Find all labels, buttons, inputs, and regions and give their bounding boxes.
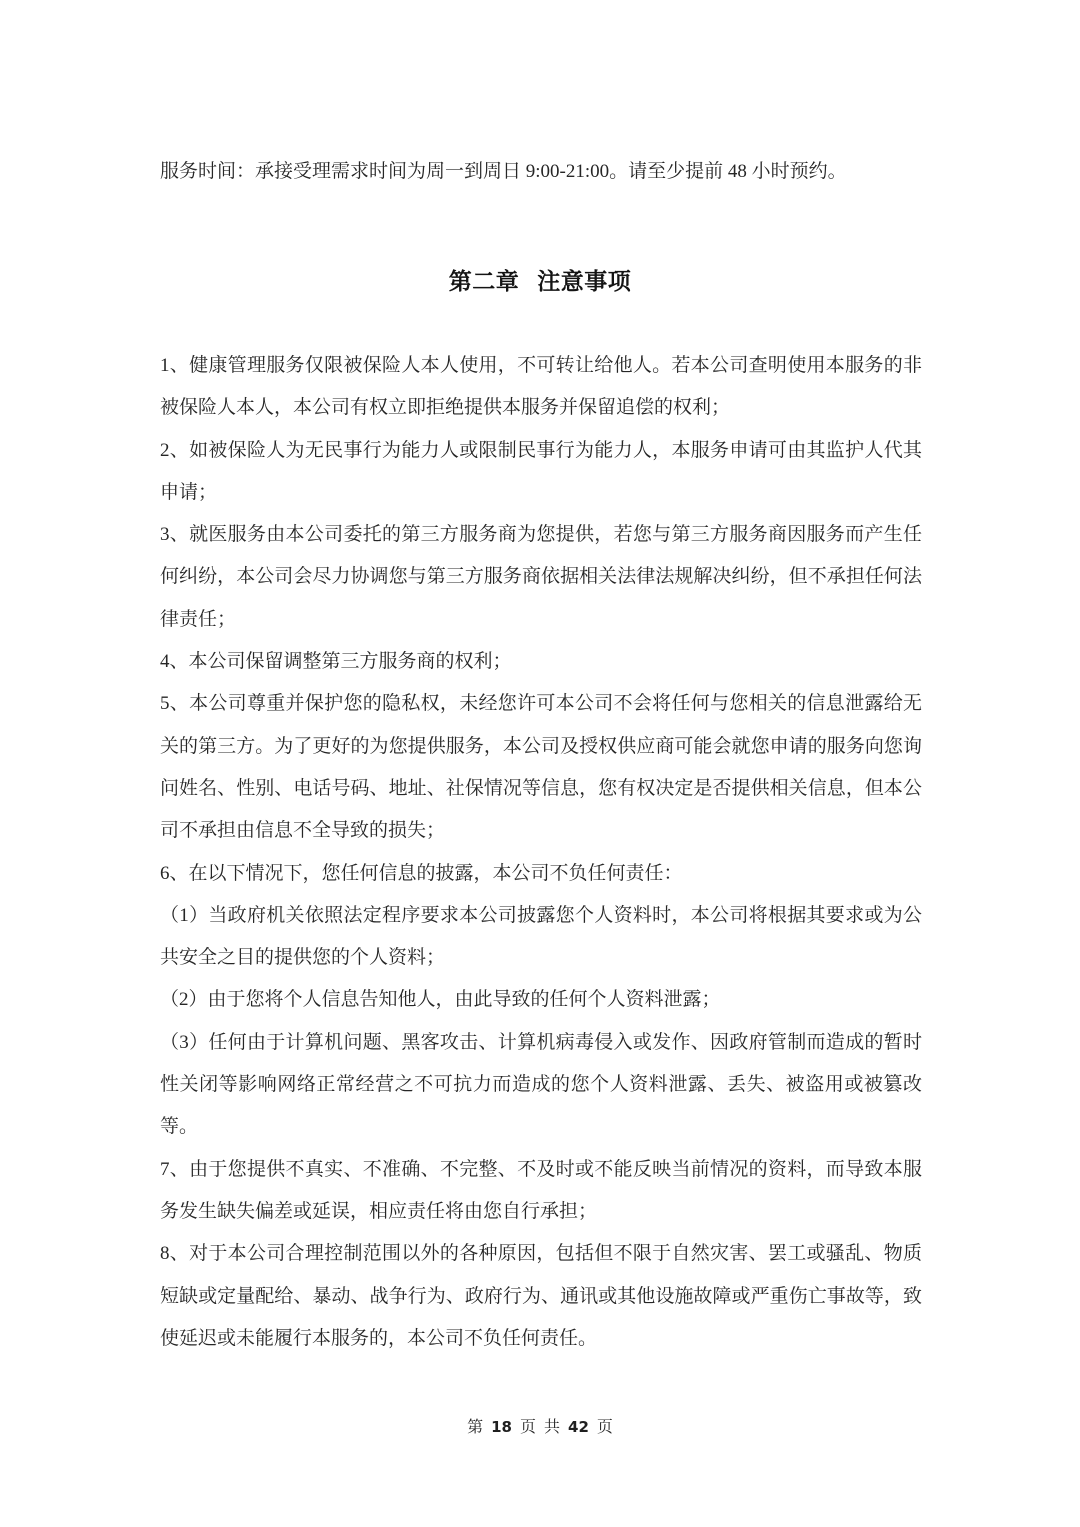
- terms-paragraph: 5、本公司尊重并保护您的隐私权，未经您许可本公司不会将任何与您相关的信息泄露给无…: [160, 683, 922, 852]
- chapter-heading: 第二章注意事项: [0, 266, 1080, 298]
- service-hours-line: 服务时间：承接受理需求时间为周一到周日 9:00-21:00。请至少提前 48 …: [160, 151, 922, 193]
- chapter-number: 第二章: [449, 266, 520, 298]
- terms-paragraph: 2、如被保险人为无民事行为能力人或限制民事行为能力人，本服务申请可由其监护人代其…: [160, 430, 922, 515]
- terms-paragraph: （1）当政府机关依照法定程序要求本公司披露您个人资料时，本公司将根据其要求或为公…: [160, 895, 922, 980]
- footer-suffix: 页: [597, 1419, 613, 1436]
- terms-paragraph: （3）任何由于计算机问题、黑客攻击、计算机病毒侵入或发作、因政府管制而造成的暂时…: [160, 1022, 922, 1149]
- terms-paragraph: 3、就医服务由本公司委托的第三方服务商为您提供，若您与第三方服务商因服务而产生任…: [160, 514, 922, 641]
- terms-paragraph: 4、本公司保留调整第三方服务商的权利；: [160, 641, 922, 683]
- document-page: 服务时间：承接受理需求时间为周一到周日 9:00-21:00。请至少提前 48 …: [0, 0, 1080, 1527]
- footer-page-number: 18: [491, 1418, 512, 1436]
- chapter-title: 注意事项: [537, 269, 631, 294]
- terms-paragraph: 8、对于本公司合理控制范围以外的各种原因，包括但不限于自然灾害、罢工或骚乱、物质…: [160, 1233, 922, 1360]
- footer-total-pages: 42: [568, 1418, 589, 1436]
- terms-paragraph: 6、在以下情况下，您任何信息的披露，本公司不负任何责任：: [160, 853, 922, 895]
- page-footer: 第18页共42页: [0, 1416, 1080, 1439]
- terms-paragraph-list: 1、健康管理服务仅限被保险人本人使用，不可转让给他人。若本公司查明使用本服务的非…: [160, 345, 922, 1360]
- terms-paragraph: 7、由于您提供不真实、不准确、不完整、不及时或不能反映当前情况的资料，而导致本服…: [160, 1149, 922, 1234]
- footer-prefix: 第: [467, 1419, 483, 1436]
- terms-paragraph: 1、健康管理服务仅限被保险人本人使用，不可转让给他人。若本公司查明使用本服务的非…: [160, 345, 922, 430]
- terms-paragraph: （2）由于您将个人信息告知他人，由此导致的任何个人资料泄露；: [160, 979, 922, 1021]
- footer-label-page: 页: [520, 1419, 536, 1436]
- footer-label-total: 共: [544, 1419, 560, 1436]
